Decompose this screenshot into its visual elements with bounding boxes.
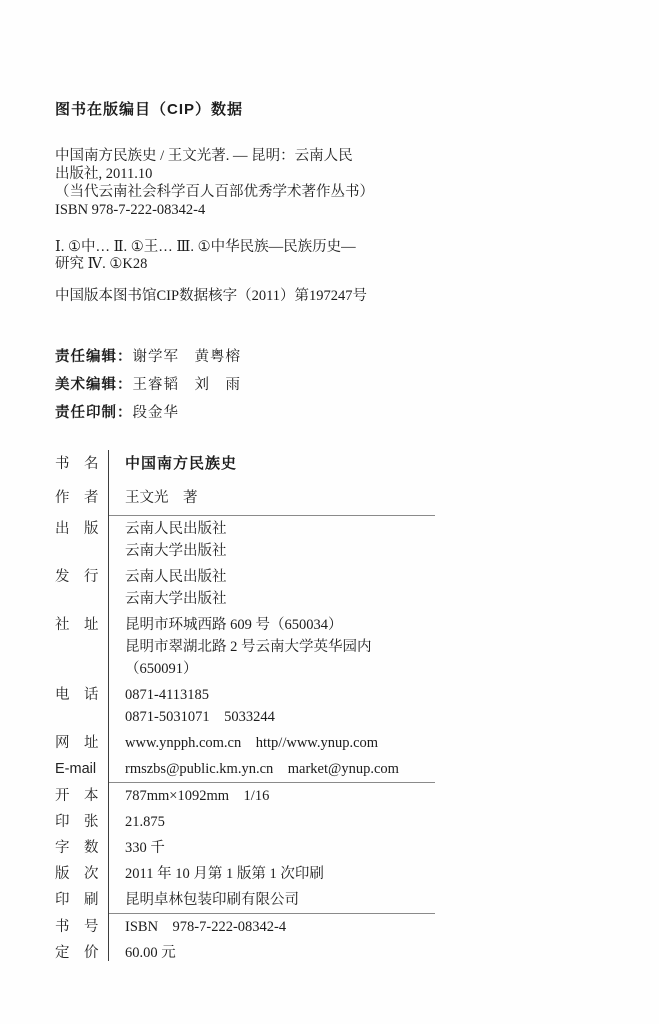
phone-line: 0871-4113185 [125,684,435,706]
publisher-line: 云南大学出版社 [125,540,435,562]
sheets-value: 21.875 [125,811,435,833]
colophon-row-label: 作 者 [55,487,108,509]
staff-row: 美术编辑：王睿韬 刘 雨 [55,371,440,399]
staff-role-label: 责任印制： [55,405,133,421]
colophon-table: 书 名 中国南方民族史 作 者 王文光 著 出 版 云南人民出版社 云南大学出版… [55,447,435,966]
staff-names: 王睿韬 刘 雨 [133,377,242,393]
colophon-row-label: 书 名 [55,453,108,475]
colophon-row-label: 电 话 [55,684,108,728]
address-line: 昆明市环城西路 609 号（650034） [125,614,435,636]
staff-row: 责任印制：段金华 [55,399,440,427]
printer-value: 昆明卓林包装印刷有限公司 [125,889,435,911]
cip-line: 中国南方民族史 / 王文光著. — 昆明：云南人民 [55,147,440,165]
staff-row: 责任编辑：谢学军 黄粤榕 [55,343,440,371]
colophon-row-edition: 版 次 2011 年 10 月第 1 版第 1 次印刷 [55,861,435,887]
staff-role-label: 美术编辑： [55,377,133,393]
address-line: 昆明市翠湖北路 2 号云南大学英华园内（650091） [125,636,435,680]
colophon-row-label: 发 行 [55,566,108,610]
classification-line: Ⅰ. ①中… Ⅱ. ①王… Ⅲ. ①中华民族—民族历史— [55,239,440,256]
colophon-row-address: 社 址 昆明市环城西路 609 号（650034） 昆明市翠湖北路 2 号云南大… [55,612,435,682]
cip-line: 出版社, 2011.10 [55,165,440,183]
colophon-row-distributor: 发 行 云南人民出版社 云南大学出版社 [55,564,435,612]
page-content: 图书在版编目（CIP）数据 中国南方民族史 / 王文光著. — 昆明：云南人民 … [55,0,440,966]
staff-role-label: 责任编辑： [55,349,133,365]
staff-names: 段金华 [133,405,180,421]
colophon-row-label: E-mail [55,758,108,780]
colophon-row-phone: 电 话 0871-4113185 0871-5031071 5033244 [55,682,435,730]
colophon-row-price: 定 价 60.00 元 [55,940,435,966]
colophon-row-wordcount: 字 数 330 千 [55,835,435,861]
colophon-row-author: 作 者 王文光 著 [55,481,435,515]
distributor-line: 云南人民出版社 [125,566,435,588]
cip-description: 中国南方民族史 / 王文光著. — 昆明：云南人民 出版社, 2011.10 （… [55,147,440,219]
website-line: www.ynpph.com.cn http//www.ynup.com [125,732,435,754]
book-copyright-page: 图书在版编目（CIP）数据 中国南方民族史 / 王文光著. — 昆明：云南人民 … [0,0,659,1024]
format-value: 787mm×1092mm 1/16 [125,785,435,807]
colophon-row-sheets: 印 张 21.875 [55,809,435,835]
author-name: 王文光 著 [125,487,435,509]
colophon-row-label: 开 本 [55,785,108,807]
cip-header: 图书在版编目（CIP）数据 [55,100,440,120]
colophon-row-label: 版 次 [55,863,108,885]
colophon-row-label: 定 价 [55,942,108,964]
classification-line: 研究 Ⅳ. ①K28 [55,256,440,273]
colophon-row-isbn: 书 号 ISBN 978-7-222-08342-4 [55,914,435,940]
cip-line: （当代云南社会科学百人百部优秀学术著作丛书） [55,183,440,201]
colophon-row-label: 网 址 [55,732,108,754]
distributor-line: 云南大学出版社 [125,588,435,610]
staff-block: 责任编辑：谢学军 黄粤榕 美术编辑：王睿韬 刘 雨 责任印制：段金华 [55,343,440,427]
colophon-row-website: 网 址 www.ynpph.com.cn http//www.ynup.com [55,730,435,756]
phone-line: 0871-5031071 5033244 [125,706,435,728]
book-title: 中国南方民族史 [125,453,435,475]
publisher-line: 云南人民出版社 [125,518,435,540]
colophon-row-format: 开 本 787mm×1092mm 1/16 [55,783,435,809]
colophon-row-label: 印 刷 [55,889,108,911]
colophon-row-title: 书 名 中国南方民族史 [55,447,435,481]
colophon-row-email: E-mail rmszbs@public.km.yn.cn market@ynu… [55,756,435,782]
colophon-row-label: 社 址 [55,614,108,680]
cip-record-number: 中国版本图书馆CIP数据核字（2011）第197247号 [55,288,440,305]
staff-names: 谢学军 黄粤榕 [133,349,242,365]
colophon-row-publisher: 出 版 云南人民出版社 云南大学出版社 [55,516,435,564]
colophon-row-label: 印 张 [55,811,108,833]
colophon-row-label: 出 版 [55,518,108,562]
price-value: 60.00 元 [125,942,435,964]
email-line: rmszbs@public.km.yn.cn market@ynup.com [125,758,435,780]
colophon-row-label: 书 号 [55,916,108,938]
colophon-row-label: 字 数 [55,837,108,859]
isbn-value: ISBN 978-7-222-08342-4 [125,916,435,938]
edition-value: 2011 年 10 月第 1 版第 1 次印刷 [125,863,435,885]
cip-classification: Ⅰ. ①中… Ⅱ. ①王… Ⅲ. ①中华民族—民族历史— 研究 Ⅳ. ①K28 [55,239,440,273]
cip-line: ISBN 978-7-222-08342-4 [55,201,440,219]
wordcount-value: 330 千 [125,837,435,859]
colophon-row-printer: 印 刷 昆明卓林包装印刷有限公司 [55,887,435,913]
colophon-vertical-rule [108,450,109,961]
